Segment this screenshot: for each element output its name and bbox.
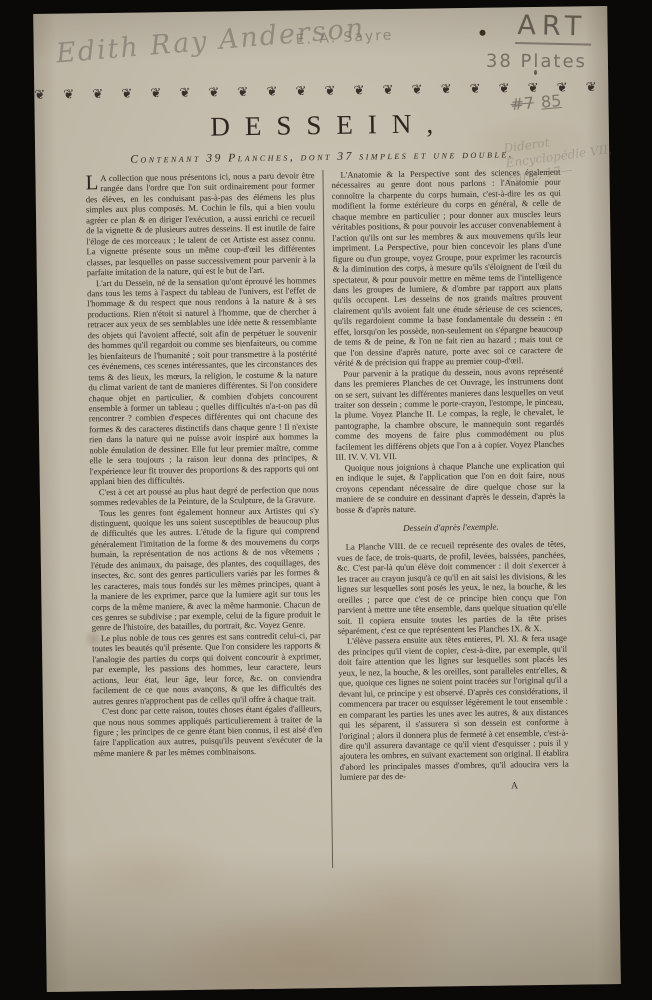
text-columns: LA collection que nous présentons ici, n… [85, 167, 571, 880]
section-heading: Dessein d'après l'exemple. [336, 521, 565, 535]
ink-spot [479, 30, 485, 36]
body-paragraph: C'est à cet art poussé au plus haut degr… [90, 484, 319, 508]
body-paragraph: L'Anatomie & la Perspective sont des sci… [331, 167, 563, 369]
body-paragraph: La Planche VIII. de ce recueil représent… [337, 539, 567, 636]
handwritten-name-note: E. A. Sayre [295, 27, 393, 48]
left-column: LA collection que nous présentons ici, n… [85, 170, 324, 879]
handwritten-subject-note: ART [515, 10, 591, 46]
paragraph-text: A collection que nous présentons ici, no… [86, 170, 316, 277]
scanned-page: Edith Ray Anderson E. A. Sayre ART 38 Pl… [33, 6, 621, 992]
right-column: L'Anatomie & la Perspective sont des sci… [331, 167, 570, 876]
body-paragraph: Pour parvenir à la pratique du dessein, … [334, 365, 564, 462]
handwritten-plates-note: 38 Plates [486, 51, 587, 72]
body-paragraph: LA collection que nous présentons ici, n… [85, 170, 315, 278]
body-paragraph: Le plus noble de tous ces genres est san… [92, 630, 322, 706]
ink-spot [534, 70, 537, 75]
printer-signature-mark: A [340, 780, 569, 794]
body-paragraph: L'art du Dessein, né de la sensation qu'… [87, 275, 319, 487]
body-paragraph: C'est donc par cette raison, toutes chos… [93, 703, 323, 758]
body-paragraph: L'élève passera ensuite aux têtes entier… [338, 633, 569, 783]
drop-cap: L [85, 173, 100, 192]
body-paragraph: Quoique nous joignions à chaque Planche … [335, 459, 565, 514]
body-paragraph: Tous les genres font également honneur a… [90, 505, 321, 634]
column-rule [322, 170, 333, 868]
